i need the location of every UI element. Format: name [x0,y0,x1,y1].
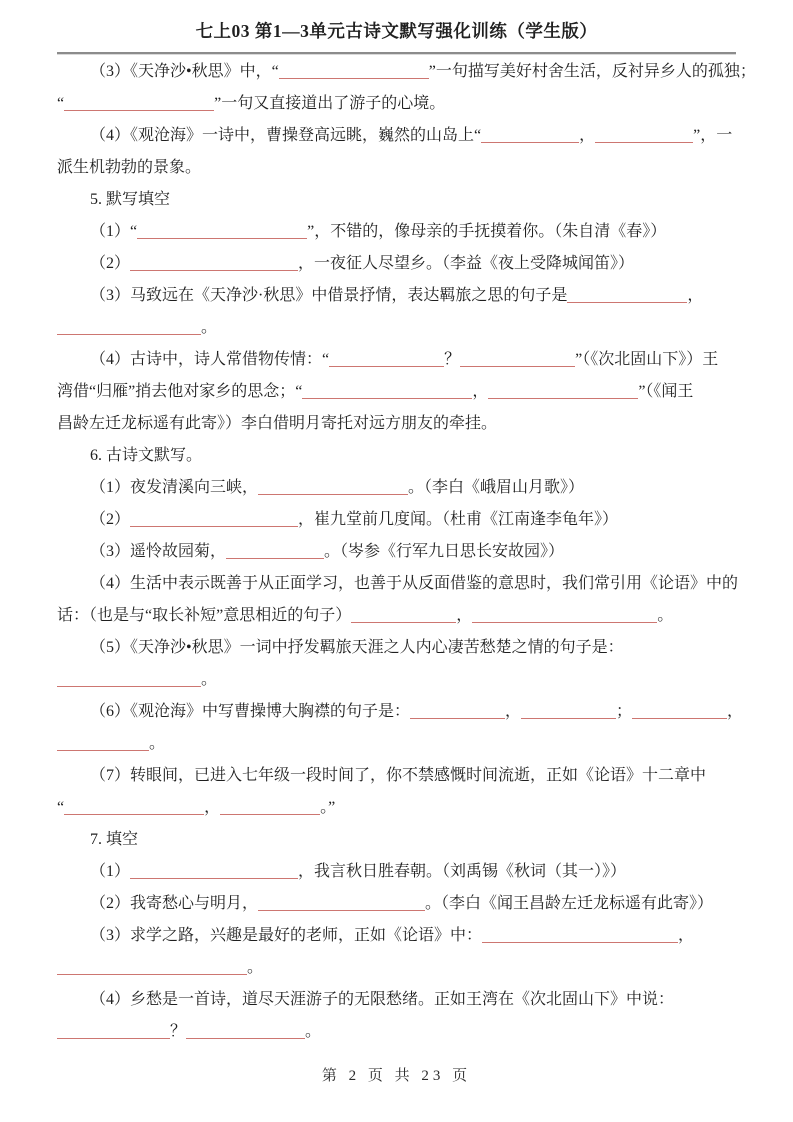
text-line: 。 [57,728,736,760]
text-run: （4）古诗中，诗人常借物传情：“ [90,351,329,368]
text-line: 湾借“归雁”捎去他对家乡的思念；“，”（《闻王 [57,376,736,408]
fill-in-blank [521,715,616,719]
text-run: （3）求学之路，兴趣是最好的老师，正如《论语》中： [90,927,482,944]
text-run: ， [505,703,521,720]
text-run: （5）《天净沙•秋思》一词中抒发羁旅天涯之人内心凄苦愁楚之情的句子是： [90,639,624,656]
text-run: “ [57,95,64,112]
text-line: （3）马致远在《天净沙·秋思》中借景抒情，表达羁旅之思的句子是， [57,280,736,312]
text-line: （5）《天净沙•秋思》一词中抒发羁旅天涯之人内心凄苦愁楚之情的句子是： [57,632,736,664]
text-line: 昌龄左迁龙标遥有此寄》）李白借明月寄托对远方朋友的牵挂。 [57,408,736,440]
text-run: 。（岑参《行军九日思长安故园》） [324,543,564,560]
text-run: 7. 填空 [90,831,138,848]
text-line: （3）遥怜故园菊，。（岑参《行军九日思长安故园》） [57,536,736,568]
text-line: “”一句又直接道出了游子的心境。 [57,88,736,120]
fill-in-blank [488,395,638,399]
fill-in-blank [130,267,298,271]
text-run: 6. 古诗文默写。 [90,447,202,464]
fill-in-blank [57,747,149,751]
text-run: 。 [657,607,673,624]
text-run: 。 [305,1023,321,1040]
text-line: （7）转眼间，已进入七年级一段时间了，你不禁感慨时间流逝，正如《论语》十二章中 [57,760,736,792]
text-run: ； [616,703,632,720]
fill-in-blank [220,811,320,815]
text-run: ”，不错的，像母亲的手抚摸着你。（朱自清《春》） [307,223,666,240]
text-run: ，一夜征人尽望乡。（李益《夜上受降城闻笛》） [298,255,634,272]
fill-in-blank [460,363,575,367]
text-run: 。 [201,671,217,688]
text-run: （3）遥怜故园菊， [90,543,226,560]
text-run: ”一句描写美好村舍生活，反衬异乡人的孤独； [429,63,756,80]
fill-in-blank [410,715,505,719]
text-run: ？ [444,351,460,368]
text-run: 湾借“归雁”捎去他对家乡的思念；“ [57,383,302,400]
text-run: ， [678,927,694,944]
text-line: 。 [57,664,736,696]
text-run: 。” [320,799,335,816]
text-line: 派生机勃勃的景象。 [57,152,736,184]
text-run: ， [727,703,743,720]
text-run: （3）《天净沙•秋思》中，“ [90,63,279,80]
fill-in-blank [226,555,324,559]
fill-in-blank [186,1035,305,1039]
text-line: ？。 [57,1016,736,1048]
section-heading: 6. 古诗文默写。 [57,440,736,472]
fill-in-blank [130,875,298,879]
text-run: ”，一 [693,127,732,144]
text-run: （1）“ [90,223,137,240]
fill-in-blank [567,299,687,303]
text-run: ”（《次北固山下》）王 [575,351,718,368]
text-line: 。 [57,952,736,984]
text-run: （2） [90,511,130,528]
section-heading: 5. 默写填空 [57,184,736,216]
fill-in-blank [472,619,657,623]
text-run: ？ [170,1023,186,1040]
fill-in-blank [351,619,456,623]
fill-in-blank [64,811,204,815]
text-run: 派生机勃勃的景象。 [57,159,201,176]
text-run: ”一句又直接道出了游子的心境。 [214,95,445,112]
fill-in-blank [302,395,472,399]
text-run: ， [204,799,220,816]
text-run: ， [456,607,472,624]
text-run: 。 [247,959,263,976]
text-line: （2），崔九堂前几度闻。（杜甫《江南逢李龟年》） [57,504,736,536]
text-run: 。（李白《峨眉山月歌》） [408,479,584,496]
text-run: （3）马致远在《天净沙·秋思》中借景抒情，表达羁旅之思的句子是 [90,287,567,304]
text-run: “ [57,799,64,816]
page-number: 第 2 页 共 23 页 [0,1064,793,1085]
text-run: （1） [90,863,130,880]
page-header: 七上03 第1—3单元古诗文默写强化训练（学生版） [0,0,793,55]
fill-in-blank [595,139,693,143]
fill-in-blank [329,363,444,367]
text-line: （2），一夜征人尽望乡。（李益《夜上受降城闻笛》） [57,248,736,280]
text-line: “，。” [57,792,736,824]
text-line: （1）“”，不错的，像母亲的手抚摸着你。（朱自清《春》） [57,216,736,248]
text-line: （1），我言秋日胜春朝。（刘禹锡《秋词（其一）》） [57,856,736,888]
text-run: ”（《闻王 [638,383,693,400]
text-line: （4）生活中表示既善于从正面学习，也善于从反面借鉴的意思时，我们常引用《论语》中… [57,568,736,600]
document-title: 七上03 第1—3单元古诗文默写强化训练（学生版） [57,16,736,46]
fill-in-blank [57,971,247,975]
fill-in-blank [137,235,307,239]
text-run: （4）乡愁是一首诗，道尽天涯游子的无限愁绪。正如王湾在《次北固山下》中说： [90,991,674,1008]
text-line: （6）《观沧海》中写曹操博大胸襟的句子是：，；， [57,696,736,728]
text-run: ， [472,383,488,400]
fill-in-blank [481,139,579,143]
text-run: （4）《观沧海》一诗中，曹操登高远眺，巍然的山岛上“ [90,127,481,144]
text-line: （2）我寄愁心与明月，。（李白《闻王昌龄左迁龙标遥有此寄》） [57,888,736,920]
text-line: （4）古诗中，诗人常借物传情：“？”（《次北固山下》）王 [57,344,736,376]
fill-in-blank [279,75,429,79]
text-run: 5. 默写填空 [90,191,170,208]
text-line: （3）《天净沙•秋思》中，“”一句描写美好村舍生活，反衬异乡人的孤独； [57,56,736,88]
text-run: （6）《观沧海》中写曹操博大胸襟的句子是： [90,703,410,720]
text-line: （4）《观沧海》一诗中，曹操登高远眺，巍然的山岛上“，”，一 [57,120,736,152]
text-run: （1）夜发清溪向三峡， [90,479,258,496]
fill-in-blank [57,331,201,335]
document-body: （3）《天净沙•秋思》中，“”一句描写美好村舍生活，反衬异乡人的孤独；“”一句又… [0,55,793,1048]
text-run: 。 [201,319,217,336]
text-run: ， [687,287,703,304]
text-run: 昌龄左迁龙标遥有此寄》）李白借明月寄托对远方朋友的牵挂。 [57,415,497,432]
fill-in-blank [130,523,298,527]
fill-in-blank [258,491,408,495]
text-line: （3）求学之路，兴趣是最好的老师，正如《论语》中：， [57,920,736,952]
section-heading: 7. 填空 [57,824,736,856]
text-run: 。 [149,735,165,752]
text-run: （7）转眼间，已进入七年级一段时间了，你不禁感慨时间流逝，正如《论语》十二章中 [90,767,706,784]
text-run: （2）我寄愁心与明月， [90,895,258,912]
text-run: ， [579,127,595,144]
fill-in-blank [57,1035,170,1039]
fill-in-blank [64,107,214,111]
text-line: （1）夜发清溪向三峡，。（李白《峨眉山月歌》） [57,472,736,504]
fill-in-blank [482,939,678,943]
text-line: 话：（也是与“取长补短”意思相近的句子），。 [57,600,736,632]
text-run: （4）生活中表示既善于从正面学习，也善于从反面借鉴的意思时，我们常引用《论语》中… [90,575,738,592]
text-run: 。（李白《闻王昌龄左迁龙标遥有此寄》） [425,895,713,912]
text-run: ，崔九堂前几度闻。（杜甫《江南逢李龟年》） [298,511,618,528]
text-line: 。 [57,312,736,344]
text-run: ，我言秋日胜春朝。（刘禹锡《秋词（其一）》） [298,863,626,880]
fill-in-blank [632,715,727,719]
document-page: 七上03 第1—3单元古诗文默写强化训练（学生版） （3）《天净沙•秋思》中，“… [0,0,793,1122]
fill-in-blank [258,907,425,911]
text-line: （4）乡愁是一首诗，道尽天涯游子的无限愁绪。正如王湾在《次北固山下》中说： [57,984,736,1016]
text-run: （2） [90,255,130,272]
fill-in-blank [57,683,201,687]
text-run: 话：（也是与“取长补短”意思相近的句子） [57,607,351,624]
